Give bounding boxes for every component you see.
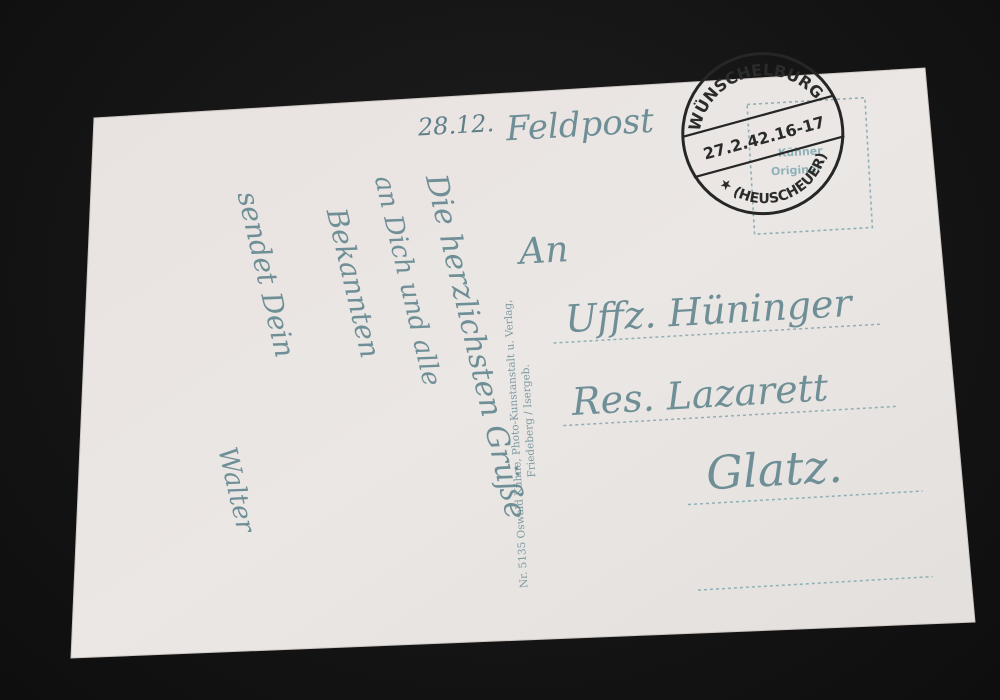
address-line3: Glatz.: [705, 439, 844, 501]
postcard-photo: 28.12. Feldpost Kühner Original WÜNSCHEL…: [0, 0, 1000, 700]
date-note: 28.12.: [416, 109, 495, 141]
address-salutation: An: [515, 229, 569, 273]
